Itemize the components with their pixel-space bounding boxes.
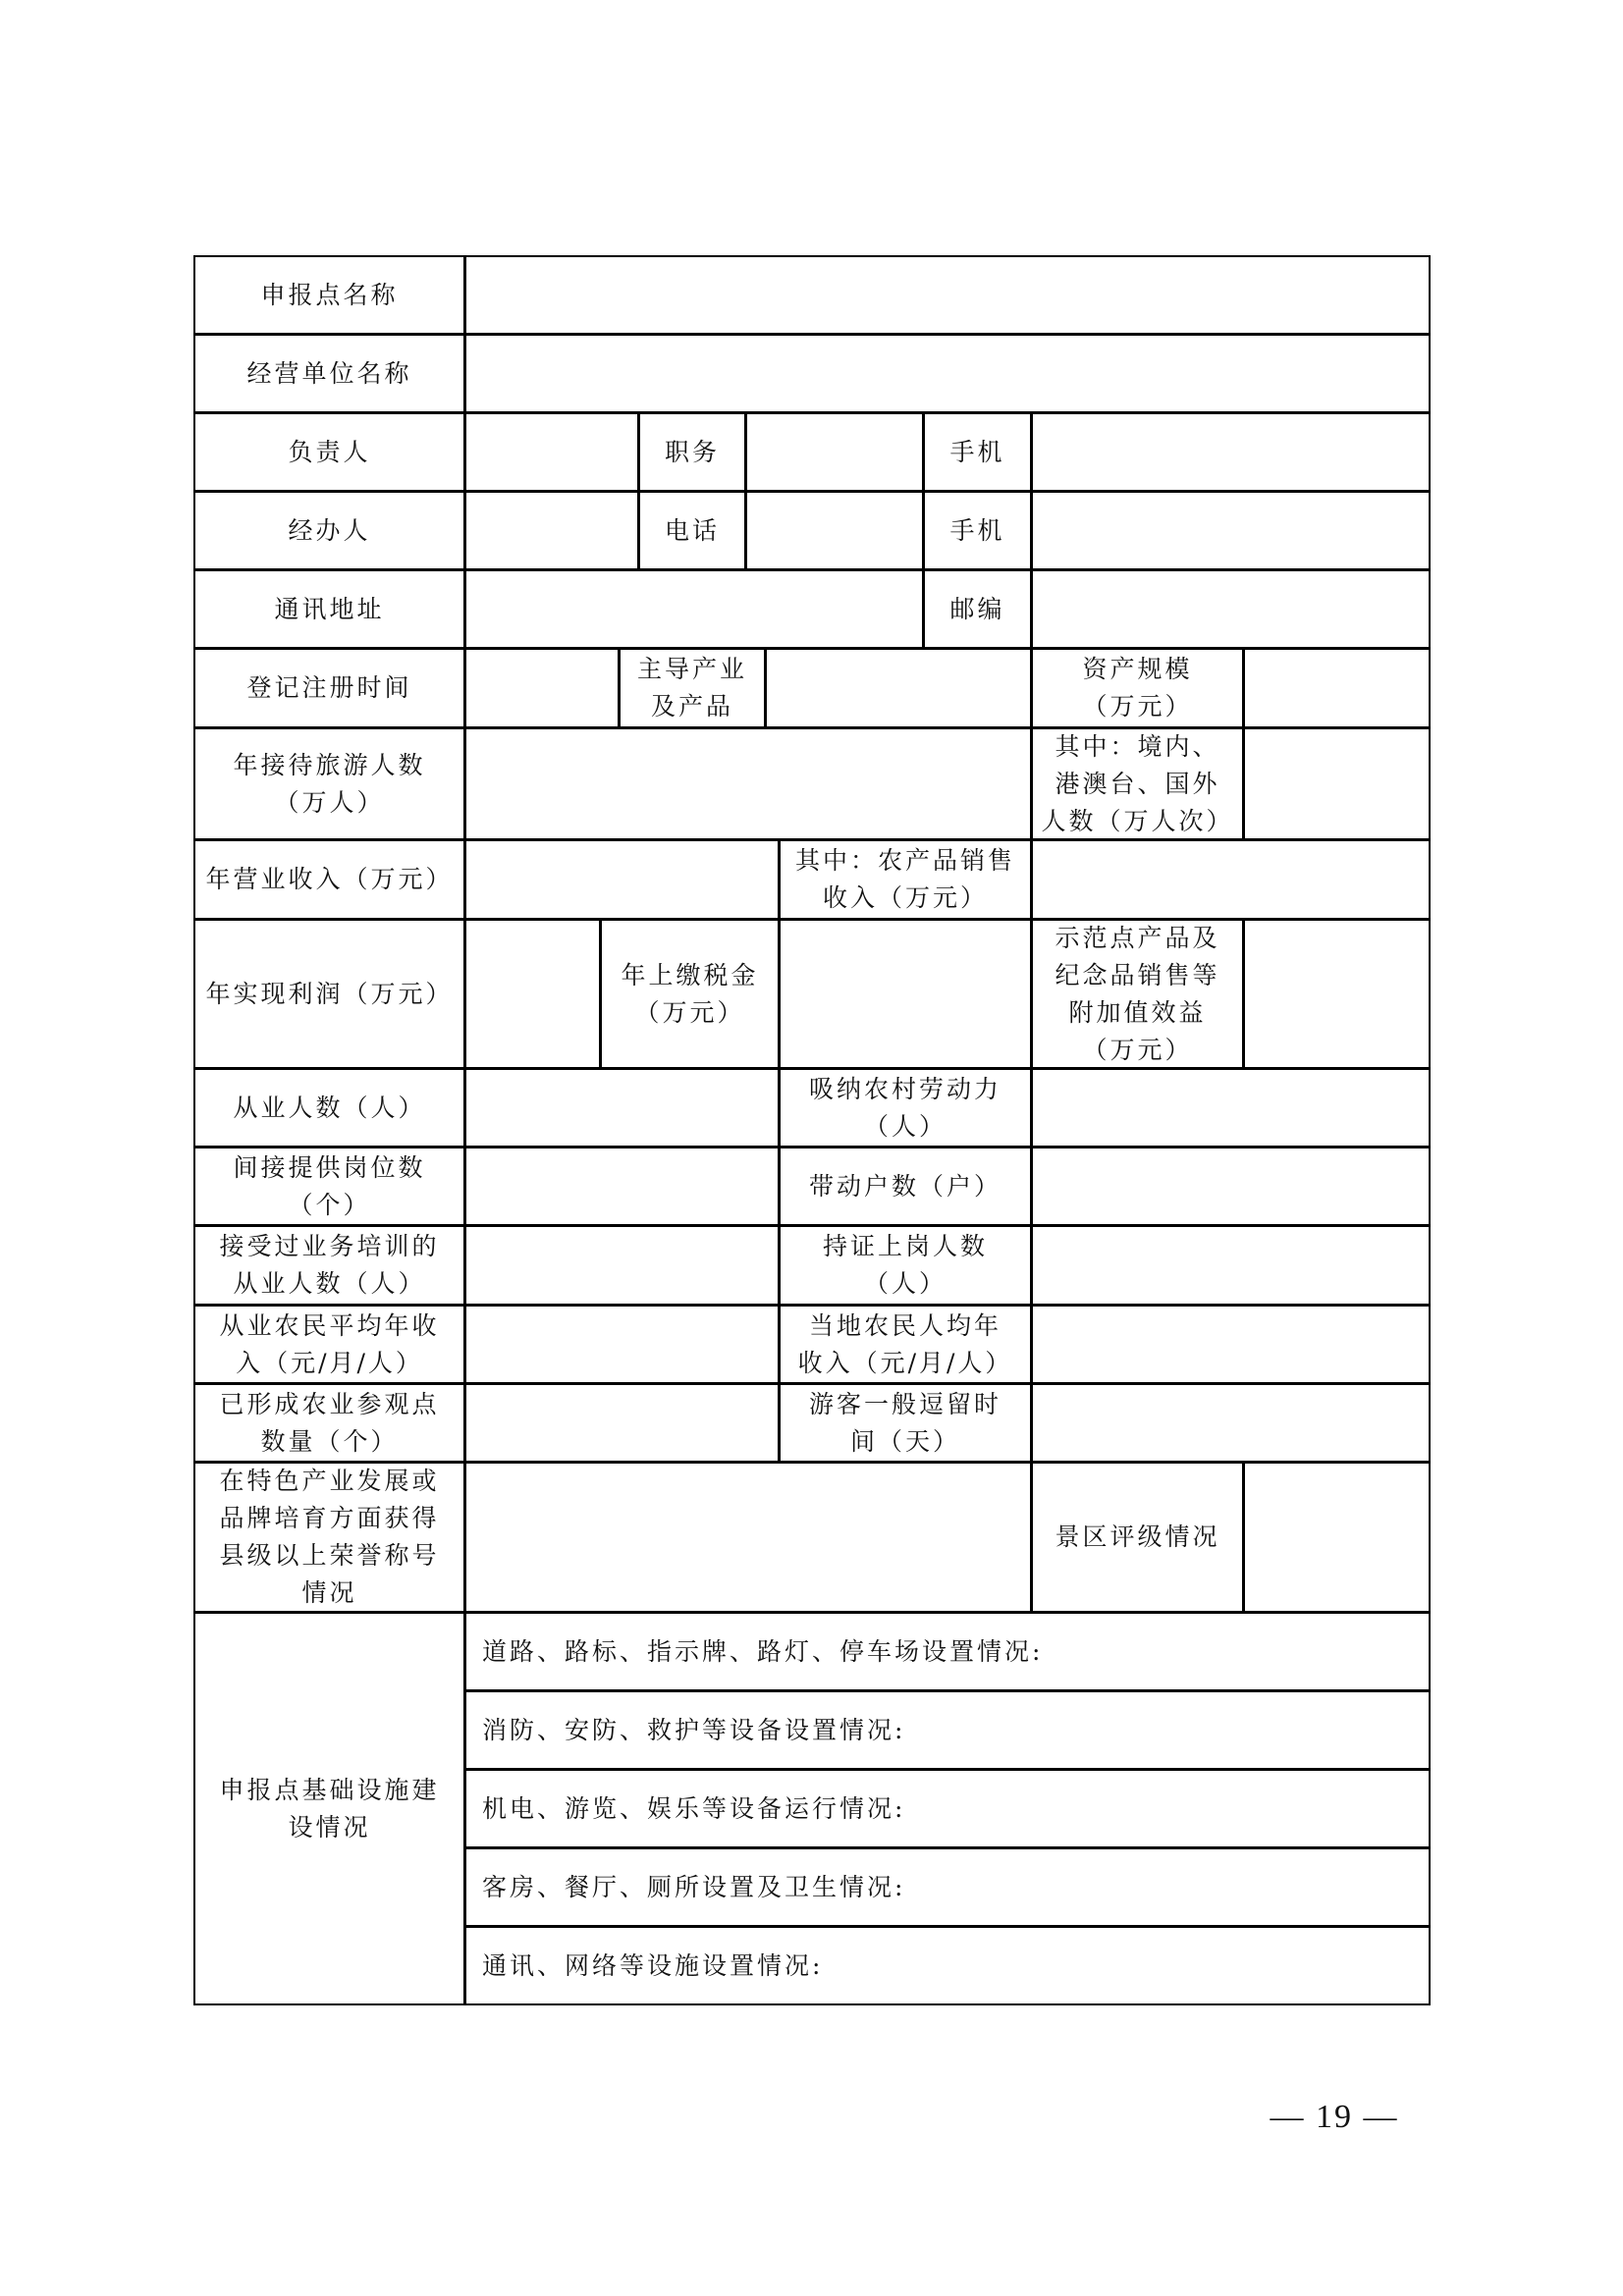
field-honors[interactable] (464, 1462, 1032, 1613)
label-infrastructure: 申报点基础设施建 设情况 (193, 1612, 465, 2005)
field-address[interactable] (464, 569, 924, 649)
label-annual-visitors: 年接待旅游人数 （万人） (193, 727, 465, 840)
field-annual-tax[interactable] (779, 919, 1032, 1069)
field-asset-scale[interactable] (1243, 648, 1431, 728)
label-indirect-jobs: 间接提供岗位数 （个） (193, 1147, 465, 1226)
label-local-per-capita-income: 当地农民人均年 收入（元/月/人） (779, 1305, 1032, 1384)
field-roads-parking[interactable]: 道路、路标、指示牌、路灯、停车场设置情况: (464, 1612, 1431, 1691)
field-households-driven[interactable] (1031, 1147, 1431, 1226)
field-equipment-operation[interactable]: 机电、游览、娱乐等设备运行情况: (464, 1769, 1431, 1848)
label-certified-staff: 持证上岗人数 （人） (779, 1225, 1032, 1306)
label-scenic-rating: 景区评级情况 (1031, 1462, 1244, 1613)
field-rooms-hygiene[interactable]: 客房、餐厅、厕所设置及卫生情况: (464, 1847, 1431, 1927)
field-registration-date[interactable] (464, 648, 620, 728)
label-site-name: 申报点名称 (193, 255, 465, 335)
label-address: 通讯地址 (193, 569, 465, 649)
field-visit-points[interactable] (464, 1383, 780, 1463)
field-postcode[interactable] (1031, 569, 1431, 649)
label-honors: 在特色产业发展或 品牌培育方面获得 县级以上荣誉称号 情况 (193, 1462, 465, 1613)
label-position: 职务 (638, 412, 746, 492)
label-registration-date: 登记注册时间 (193, 648, 465, 728)
label-annual-profit: 年实现利润（万元） (193, 919, 465, 1069)
field-annual-visitors[interactable] (464, 727, 1032, 840)
field-communications-network[interactable]: 通讯、网络等设施设置情况: (464, 1926, 1431, 2005)
label-visitor-breakdown: 其中：境内、 港澳台、国外 人数（万人次） (1031, 727, 1244, 840)
label-phone: 电话 (638, 491, 746, 570)
field-main-industry[interactable] (765, 648, 1032, 728)
label-asset-scale: 资产规模 （万元） (1031, 648, 1244, 728)
field-employees[interactable] (464, 1068, 780, 1148)
field-site-name[interactable] (464, 255, 1431, 335)
label-main-industry: 主导产业 及产品 (619, 648, 766, 728)
label-operator-name: 经营单位名称 (193, 334, 465, 413)
field-stay-duration[interactable] (1031, 1383, 1431, 1463)
field-certified-staff[interactable] (1031, 1225, 1431, 1306)
field-local-per-capita-income[interactable] (1031, 1305, 1431, 1384)
label-mobile-2: 手机 (923, 491, 1032, 570)
field-agri-sales-revenue[interactable] (1031, 839, 1431, 920)
label-trained-employees: 接受过业务培训的 从业人数（人） (193, 1225, 465, 1306)
field-scenic-rating[interactable] (1243, 1462, 1431, 1613)
field-handler[interactable] (464, 491, 639, 570)
field-indirect-jobs[interactable] (464, 1147, 780, 1226)
field-value-added-benefit[interactable] (1243, 919, 1431, 1069)
label-households-driven: 带动户数（户） (779, 1147, 1032, 1226)
label-stay-duration: 游客一般逗留时 间（天） (779, 1383, 1032, 1463)
label-agri-sales-revenue: 其中：农产品销售 收入（万元） (779, 839, 1032, 920)
field-operator-name[interactable] (464, 334, 1431, 413)
label-visit-points: 已形成农业参观点 数量（个） (193, 1383, 465, 1463)
field-trained-employees[interactable] (464, 1225, 780, 1306)
field-phone[interactable] (745, 491, 924, 570)
field-annual-revenue[interactable] (464, 839, 780, 920)
field-farmer-avg-income[interactable] (464, 1305, 780, 1384)
field-fire-safety[interactable]: 消防、安防、救护等设备设置情况: (464, 1690, 1431, 1770)
page-number: — 19 — (1260, 2099, 1409, 2136)
label-value-added-benefit: 示范点产品及 纪念品销售等 附加值效益 （万元） (1031, 919, 1244, 1069)
field-person-in-charge[interactable] (464, 412, 639, 492)
label-farmer-avg-income: 从业农民平均年收 入（元/月/人） (193, 1305, 465, 1384)
label-rural-labor: 吸纳农村劳动力 （人） (779, 1068, 1032, 1148)
label-postcode: 邮编 (923, 569, 1032, 649)
field-annual-profit[interactable] (464, 919, 601, 1069)
field-rural-labor[interactable] (1031, 1068, 1431, 1148)
label-person-in-charge: 负责人 (193, 412, 465, 492)
field-mobile-2[interactable] (1031, 491, 1431, 570)
label-employees: 从业人数（人） (193, 1068, 465, 1148)
label-annual-tax: 年上缴税金 （万元） (600, 919, 780, 1069)
field-visitor-breakdown[interactable] (1243, 727, 1431, 840)
label-handler: 经办人 (193, 491, 465, 570)
field-mobile-1[interactable] (1031, 412, 1431, 492)
field-position[interactable] (745, 412, 924, 492)
label-annual-revenue: 年营业收入（万元） (193, 839, 465, 920)
label-mobile-1: 手机 (923, 412, 1032, 492)
